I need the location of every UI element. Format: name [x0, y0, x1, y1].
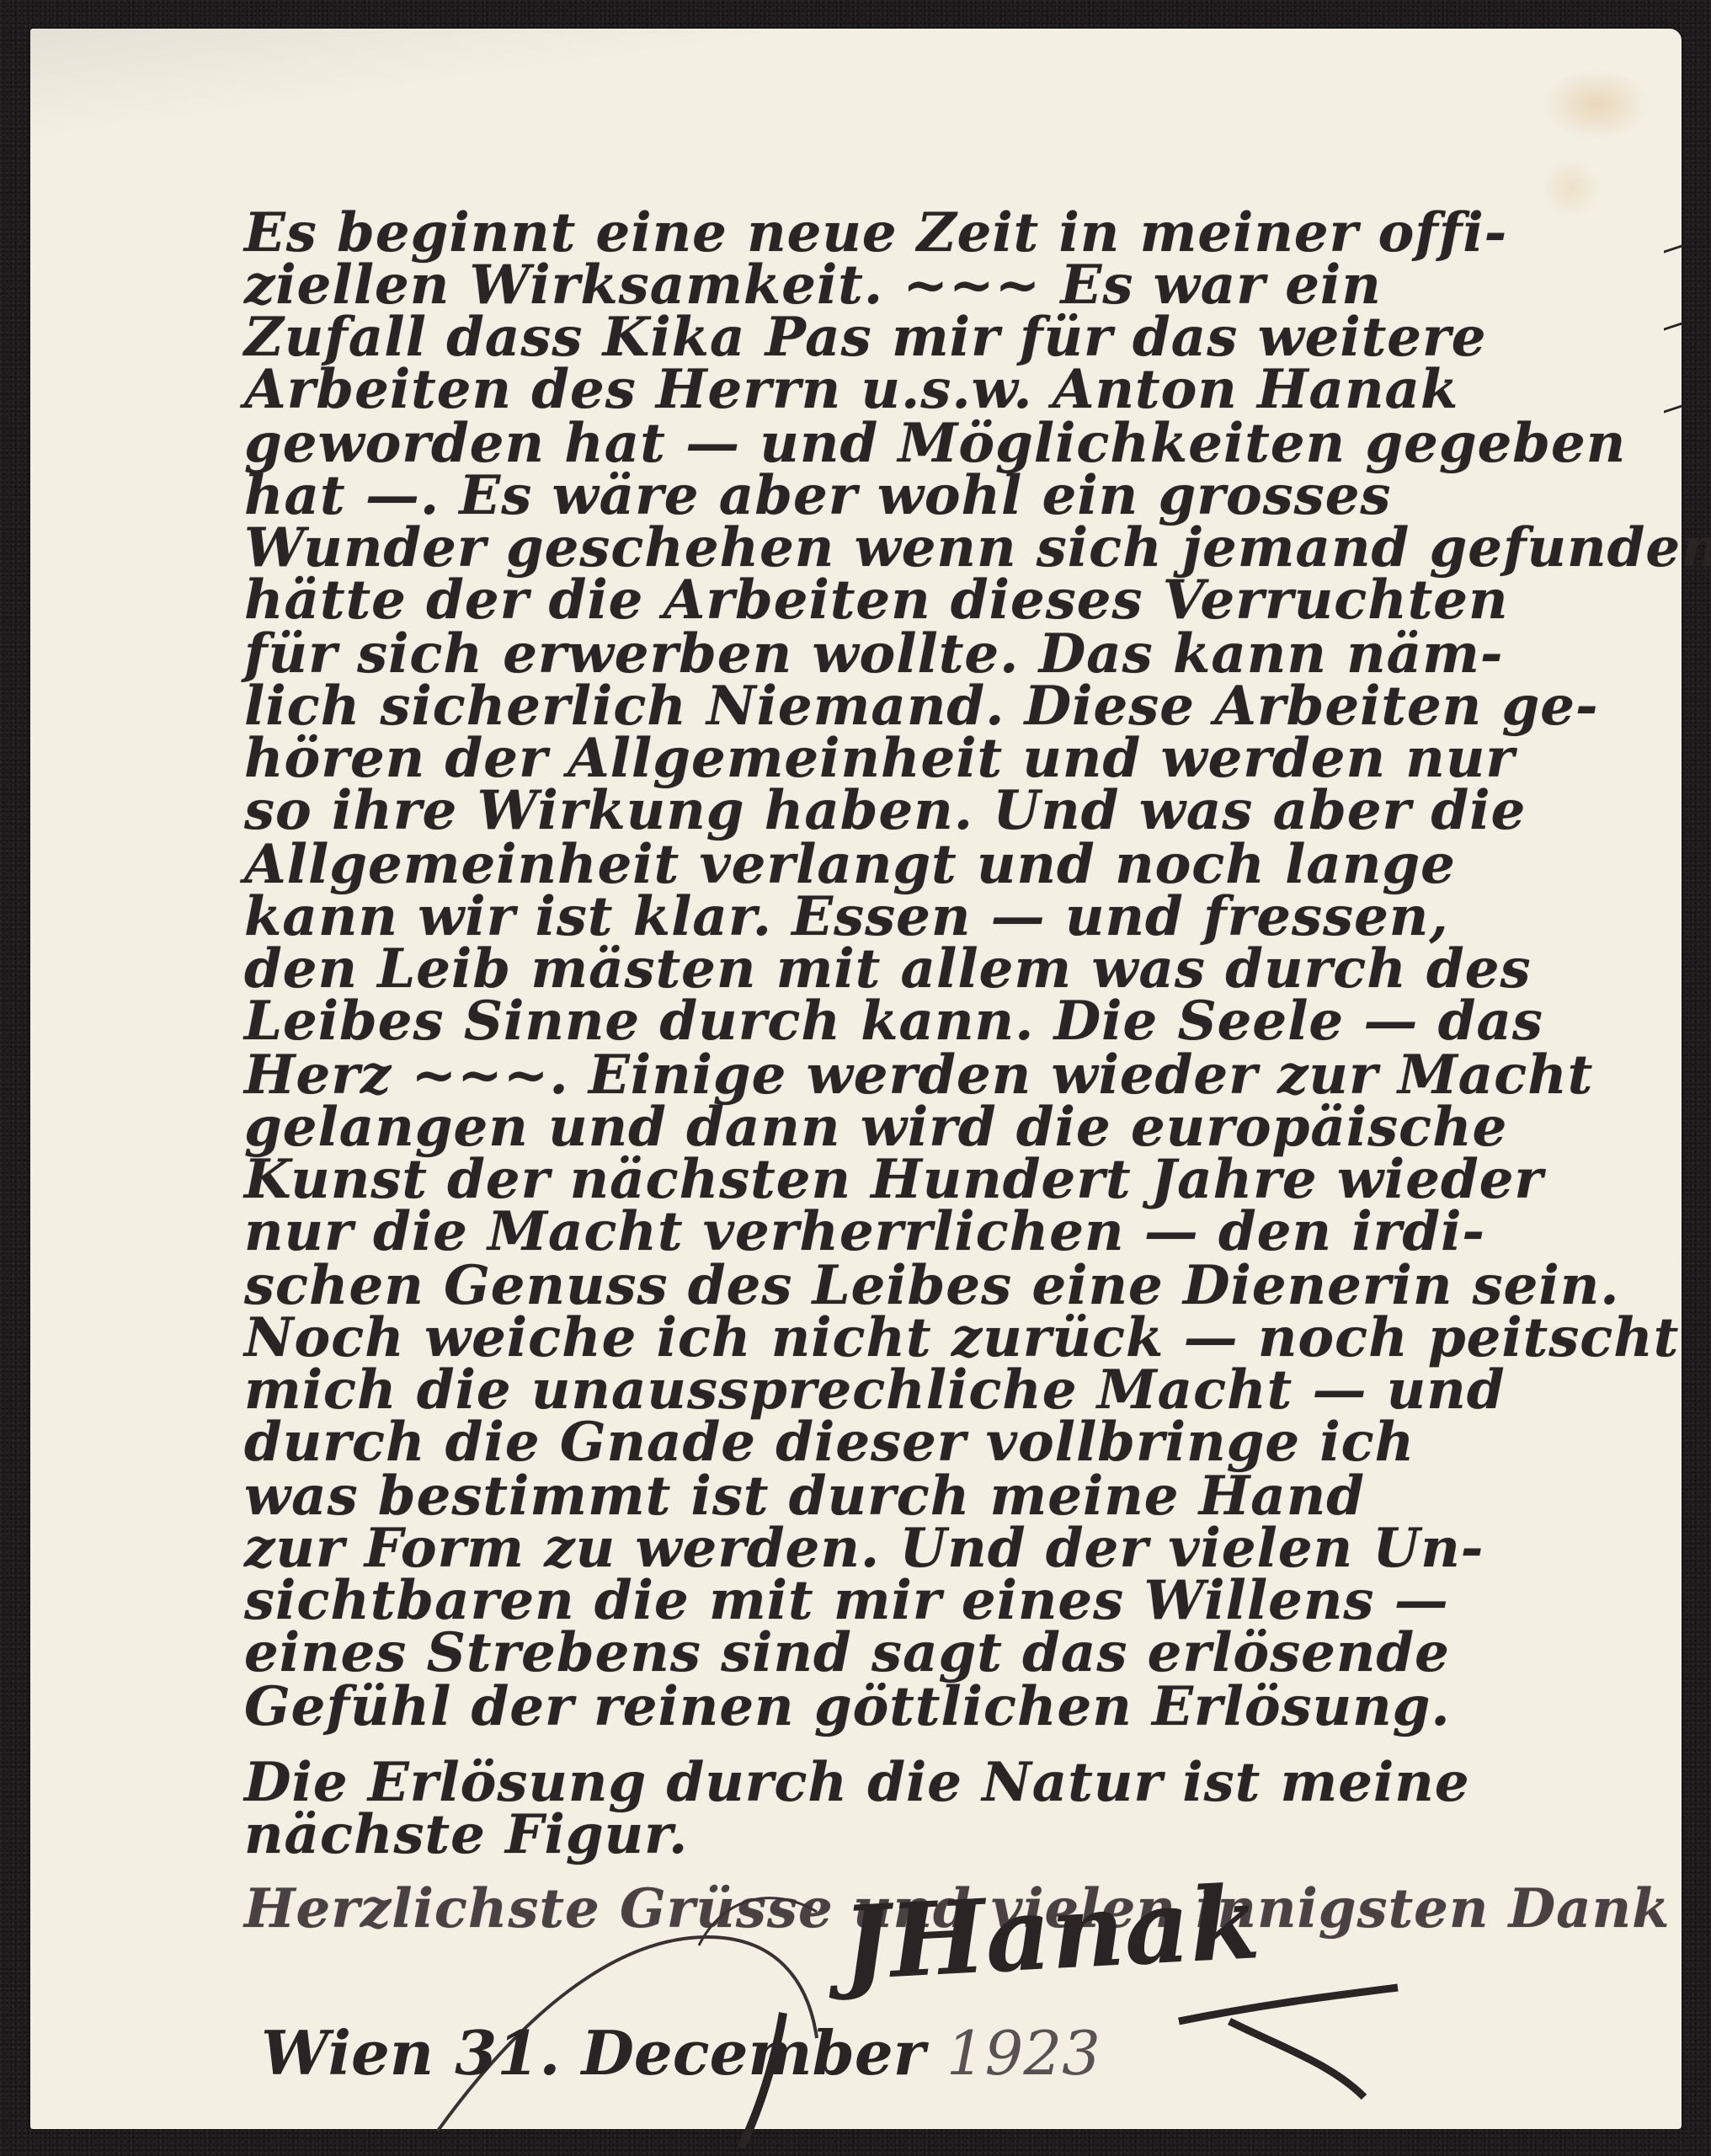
letter-line: eines Strebens sind sagt das erlösende — [244, 1626, 1450, 1680]
letter-line: lich sicherlich Niemand. Diese Arbeiten … — [244, 680, 1599, 734]
letter-line: so ihre Wirkung haben. Und was aber die — [244, 784, 1526, 838]
letter-line: Zufall dass Kika Pas mir für das weitere — [244, 311, 1486, 365]
letter-line: Noch weiche ich nicht zurück — noch peit… — [244, 1311, 1679, 1365]
letter-line: den Leib mästen mit allem was durch des — [244, 942, 1532, 996]
paper-edge-tear — [1664, 322, 1682, 330]
letter-line: hören der Allgemeinheit und werden nur — [244, 732, 1515, 786]
letter-line: sichtbaren die mit mir eines Willens — — [244, 1574, 1449, 1628]
letter-line: Es beginnt eine neue Zeit in meiner offi… — [244, 206, 1507, 260]
letter-line: geworden hat — und Möglichkeiten gegeben — [244, 417, 1626, 471]
letter-line: Arbeiten des Herrn u.s.w. Anton Hanak — [244, 363, 1458, 417]
date-line: Wien 31. December 1923 — [261, 2017, 1101, 2089]
closing-line: nächste Figur. — [244, 1808, 688, 1862]
paper-edge-tear — [1664, 404, 1682, 413]
letter-line: Wunder geschehen wenn sich jemand gefund… — [244, 521, 1711, 575]
letter-line: Kunst der nächsten Hundert Jahre wieder — [244, 1153, 1543, 1207]
letter-line: nur die Macht verherrlichen — den irdi- — [244, 1205, 1485, 1259]
paper-edge-tear — [1664, 244, 1682, 253]
letter-line: Leibes Sinne durch kann. Die Seele — das — [244, 995, 1543, 1049]
letter-line: Allgemeinheit verlangt und noch lange — [244, 838, 1456, 892]
letter-line: Herz ~~~. Einige werden wieder zur Macht — [244, 1049, 1593, 1102]
date-year: 1923 — [946, 2018, 1101, 2089]
letter-line: mich die unaussprechliche Macht — und — [244, 1364, 1506, 1417]
letter-line: schen Genuss des Leibes eine Dienerin se… — [244, 1259, 1620, 1313]
date-place-day: Wien 31. December — [261, 2017, 925, 2089]
letter-line: ziellen Wirksamkeit. ~~~ Es war ein — [244, 259, 1382, 312]
signature: JHanak — [840, 1863, 1263, 2004]
letter-line: was bestimmt ist durch meine Hand — [244, 1470, 1365, 1524]
letter-line: für sich erwerben wollte. Das kann näm- — [244, 627, 1503, 681]
letter-line: zur Form zu werden. Und der vielen Un- — [244, 1522, 1484, 1576]
letter-line: hat —. Es wäre aber wohl ein grosses — [244, 469, 1391, 523]
letter-line: durch die Gnade dieser vollbringe ich — [244, 1416, 1415, 1470]
closing-line: Die Erlösung durch die Natur ist meine — [244, 1756, 1470, 1810]
letter-line: Gefühl der reinen göttlichen Erlösung. — [244, 1680, 1451, 1734]
letter-line: gelangen und dann wird die europäische — [244, 1101, 1507, 1155]
letter-line: hätte der die Arbeiten dieses Verruchten — [244, 574, 1509, 627]
letter-line: kann wir ist klar. Essen — und fressen, — [244, 890, 1449, 944]
